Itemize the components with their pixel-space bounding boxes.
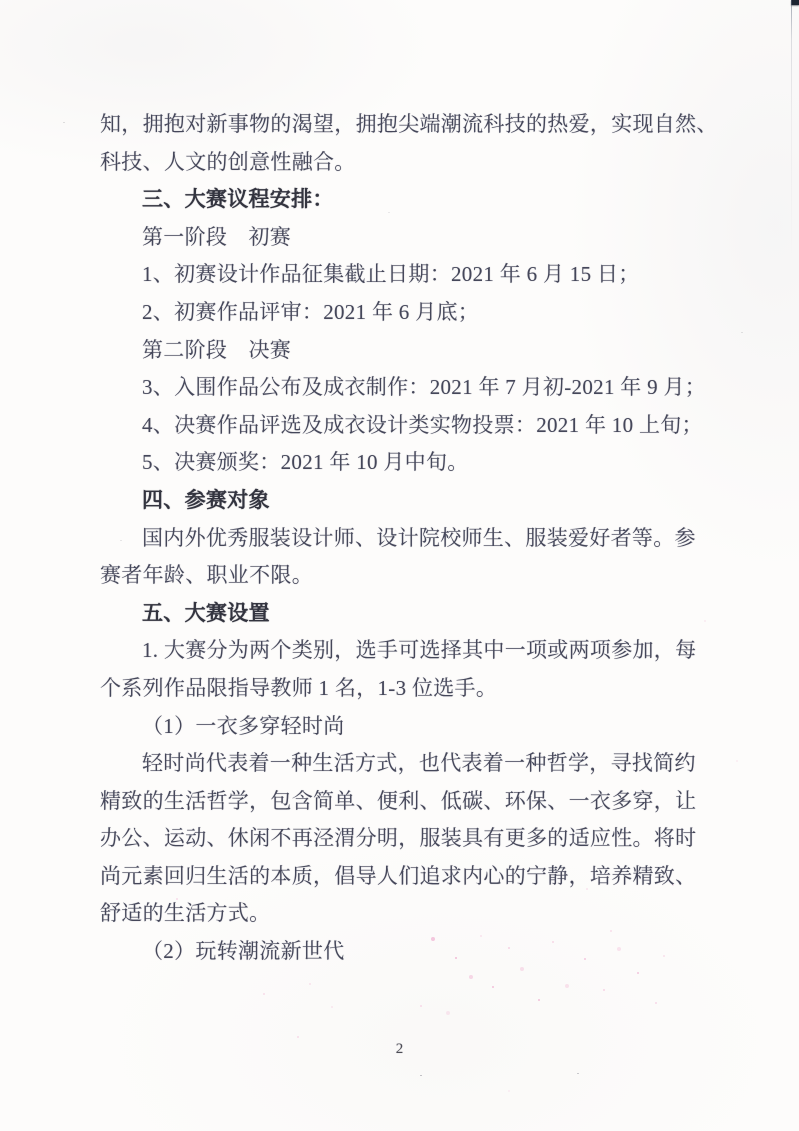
text-line: 2、初赛作品评审：2021 年 6 月底； xyxy=(100,294,702,332)
text-line: 办公、运动、休闲不再泾渭分明，服装具有更多的适应性。将时 xyxy=(100,820,702,858)
scan-dust-noise xyxy=(0,0,2,1)
text-line: 舒适的生活方式。 xyxy=(100,895,702,933)
scan-edge-line xyxy=(791,0,792,260)
scan-corner-artifact xyxy=(791,0,799,5)
section-heading-line: 四、参赛对象 xyxy=(100,482,702,520)
text-line: 1、初赛设计作品征集截止日期：2021 年 6 月 15 日； xyxy=(100,256,702,294)
scanned-document-page: 知，拥抱对新事物的渴望，拥抱尖端潮流科技的热爱，实现自然、科技、人文的创意性融合… xyxy=(0,0,799,1131)
document-lines: 知，拥抱对新事物的渴望，拥抱尖端潮流科技的热爱，实现自然、科技、人文的创意性融合… xyxy=(100,106,702,971)
text-line: 赛者年龄、职业不限。 xyxy=(100,557,702,595)
page-number: 2 xyxy=(0,1041,799,1058)
text-line: 科技、人文的创意性融合。 xyxy=(100,144,702,182)
section-heading-line: 三、大赛议程安排： xyxy=(100,181,702,219)
text-line: 4、决赛作品评选及成衣设计类实物投票：2021 年 10 上旬； xyxy=(100,407,702,445)
text-line: （2）玩转潮流新世代 xyxy=(100,933,702,971)
text-line: 知，拥抱对新事物的渴望，拥抱尖端潮流科技的热爱，实现自然、 xyxy=(100,106,702,144)
text-line: 个系列作品限指导教师 1 名，1-3 位选手。 xyxy=(100,670,702,708)
text-line: 第二阶段 决赛 xyxy=(100,332,702,370)
text-line: 5、决赛颁奖：2021 年 10 月中旬。 xyxy=(100,444,702,482)
text-line: 轻时尚代表着一种生活方式，也代表着一种哲学，寻找简约 xyxy=(100,745,702,783)
text-line: 3、入围作品公布及成衣制作：2021 年 7 月初-2021 年 9 月； xyxy=(100,369,702,407)
text-line: 尚元素回归生活的本质，倡导人们追求内心的宁静，培养精致、 xyxy=(100,858,702,896)
text-line: 1. 大赛分为两个类别，选手可选择其中一项或两项参加，每 xyxy=(100,632,702,670)
section-heading-line: 五、大赛设置 xyxy=(100,595,702,633)
text-line: 国内外优秀服装设计师、设计院校师生、服装爱好者等。参 xyxy=(100,520,702,558)
text-line: 精致的生活哲学，包含简单、便利、低碳、环保、一衣多穿，让 xyxy=(100,783,702,821)
text-line: （1）一衣多穿轻时尚 xyxy=(100,708,702,746)
text-line: 第一阶段 初赛 xyxy=(100,219,702,257)
